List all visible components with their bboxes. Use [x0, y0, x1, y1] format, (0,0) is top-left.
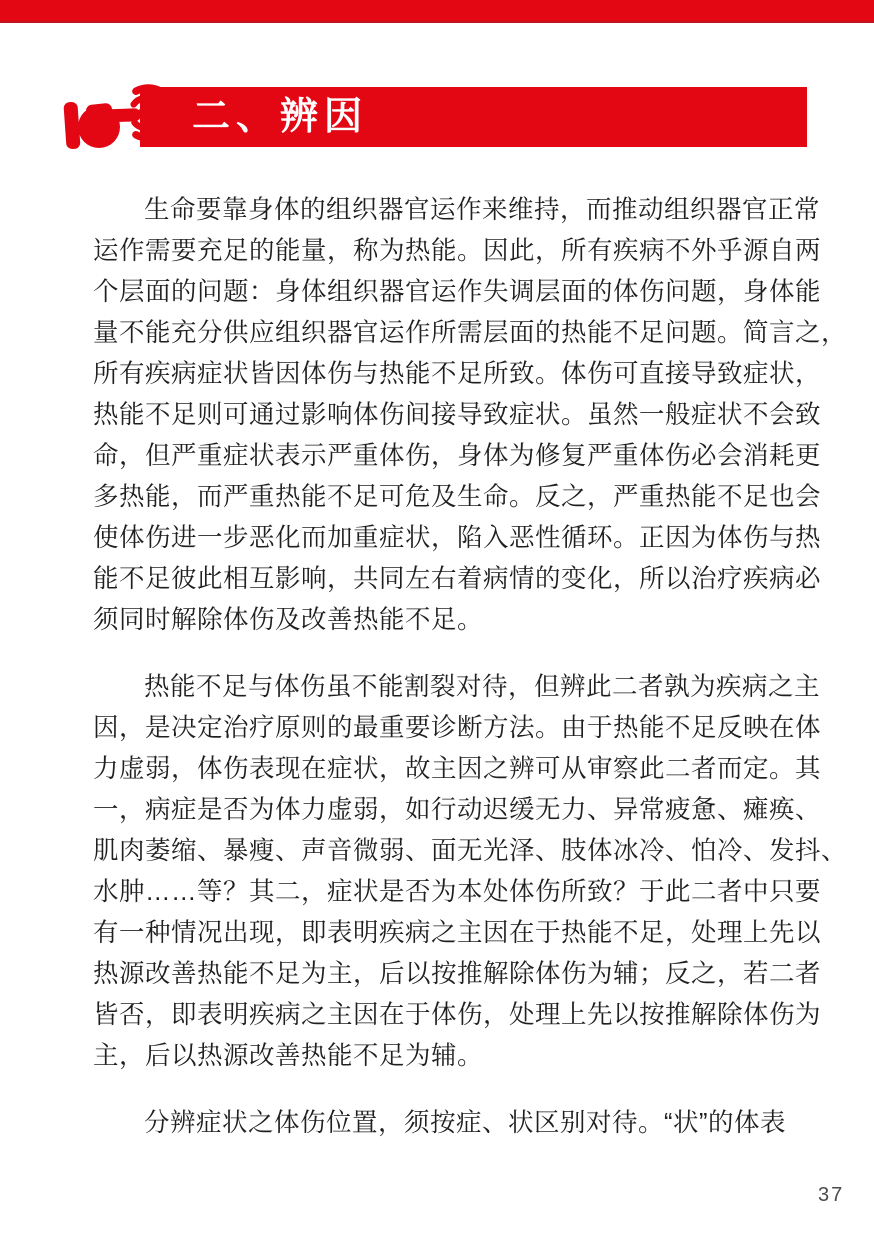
text-line: 热源改善热能不足为主，后以按推解除体伤为辅；反之，若二者: [93, 954, 817, 995]
text-line: 须同时解除体伤及改善热能不足。: [93, 600, 817, 641]
section-header-banner: 二、辨因: [140, 87, 807, 147]
text-line: 因，是决定治疗原则的最重要诊断方法。由于热能不足反映在体: [93, 708, 817, 749]
text-line: 力虚弱，体伤表现在症状，故主因之辨可从审察此二者而定。其: [93, 749, 817, 790]
body-text: 生命要靠身体的组织器官运作来维持，而推动组织器官正常运作需要充足的能量，称为热能…: [93, 190, 817, 1144]
text-line: 有一种情况出现，即表明疾病之主因在于热能不足，处理上先以: [93, 913, 817, 954]
text-line: 热能不足则可通过影响体伤间接导致症状。虽然一般症状不会致: [93, 395, 817, 436]
text-line: 运作需要充足的能量，称为热能。因此，所有疾病不外乎源自两: [93, 231, 817, 272]
text-line: 水肿……等？其二，症状是否为本处体伤所致？于此二者中只要: [93, 872, 817, 913]
text-line: 个层面的问题：身体组织器官运作失调层面的体伤问题，身体能: [93, 272, 817, 313]
text-line: 生命要靠身体的组织器官运作来维持，而推动组织器官正常: [93, 190, 817, 231]
section-title: 二、辨因: [140, 87, 368, 147]
paragraph: 生命要靠身体的组织器官运作来维持，而推动组织器官正常运作需要充足的能量，称为热能…: [93, 190, 817, 641]
text-line: 热能不足与体伤虽不能割裂对待，但辨此二者孰为疾病之主: [93, 667, 817, 708]
page-number: 37: [818, 1184, 844, 1207]
text-line: 命，但严重症状表示严重体伤，身体为修复严重体伤必会消耗更: [93, 436, 817, 477]
text-line: 所有疾病症状皆因体伤与热能不足所致。体伤可直接导致症状，: [93, 354, 817, 395]
top-red-bar: [0, 0, 874, 23]
text-line: 多热能，而严重热能不足可危及生命。反之，严重热能不足也会: [93, 477, 817, 518]
text-line: 主，后以热源改善热能不足为辅。: [93, 1036, 817, 1077]
book-page: 二、辨因 生命要靠身体的组织器官运作来维持，而推动组织器官正常运作需要充足的能量…: [0, 0, 874, 1240]
paragraph: 分辨症状之体伤位置，须按症、状区别对待。“状”的体表: [93, 1103, 817, 1144]
text-line: 量不能充分供应组织器官运作所需层面的热能不足问题。简言之，: [93, 313, 817, 354]
text-line: 使体伤进一步恶化而加重症状，陷入恶性循环。正因为体伤与热: [93, 518, 817, 559]
text-line: 一，病症是否为体力虚弱，如行动迟缓无力、异常疲惫、瘫痪、: [93, 790, 817, 831]
text-line: 肌肉萎缩、暴瘦、声音微弱、面无光泽、肢体冰冷、怕冷、发抖、: [93, 831, 817, 872]
text-line: 能不足彼此相互影响，共同左右着病情的变化，所以治疗疾病必: [93, 559, 817, 600]
text-line: 皆否，即表明疾病之主因在于体伤，处理上先以按推解除体伤为: [93, 995, 817, 1036]
text-line: 分辨症状之体伤位置，须按症、状区别对待。“状”的体表: [93, 1103, 817, 1144]
paragraph: 热能不足与体伤虽不能割裂对待，但辨此二者孰为疾病之主因，是决定治疗原则的最重要诊…: [93, 667, 817, 1077]
